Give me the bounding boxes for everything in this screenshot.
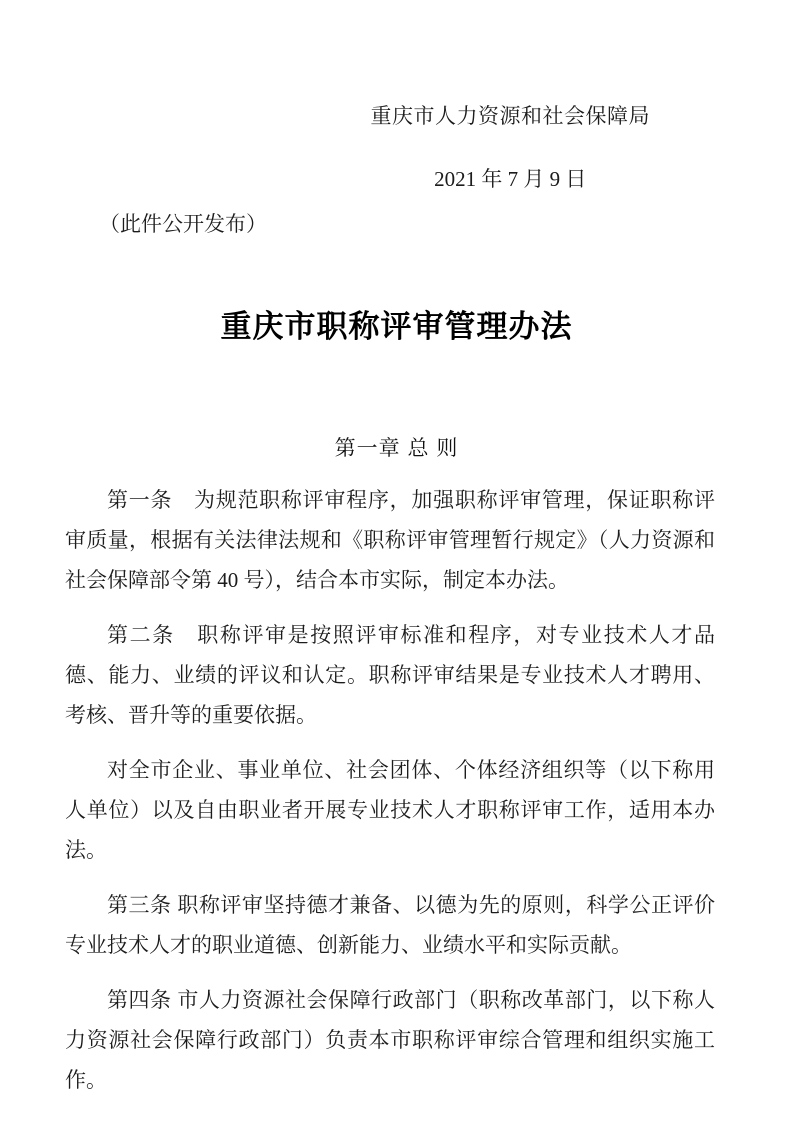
paragraph-article-2-scope: 对全市企业、事业单位、社会团体、个体经济组织等（以下称用人单位）以及自由职业者开… <box>65 750 715 870</box>
paragraph-article-2: 第二条 职称评审是按照评审标准和程序，对专业技术人才品德、能力、业绩的评议和认定… <box>65 615 715 735</box>
paragraph-article-1: 第一条 为规范职称评审程序，加强职称评审管理，保证职称评审质量，根据有关法律法规… <box>65 480 715 600</box>
document-title: 重庆市职称评审管理办法 <box>0 301 793 346</box>
chapter-heading: 第一章 总 则 <box>0 432 793 462</box>
document-page: 重庆市人力资源和社会保障局 2021 年 7 月 9 日 （此件公开发布） 重庆… <box>0 0 793 1122</box>
issuer-name: 重庆市人力资源和社会保障局 <box>371 100 651 130</box>
paragraph-article-3: 第三条 职称评审坚持德才兼备、以德为先的原则，科学公正评价专业技术人才的职业道德… <box>65 885 715 965</box>
publish-note: （此件公开发布） <box>99 208 267 238</box>
issue-date: 2021 年 7 月 9 日 <box>371 163 651 193</box>
paragraph-article-4: 第四条 市人力资源社会保障行政部门（职称改革部门，以下称人力资源社会保障行政部门… <box>65 980 715 1100</box>
document-body: 第一条 为规范职称评审程序，加强职称评审管理，保证职称评审质量，根据有关法律法规… <box>65 480 715 1115</box>
signature-block: 重庆市人力资源和社会保障局 2021 年 7 月 9 日 <box>371 100 651 193</box>
